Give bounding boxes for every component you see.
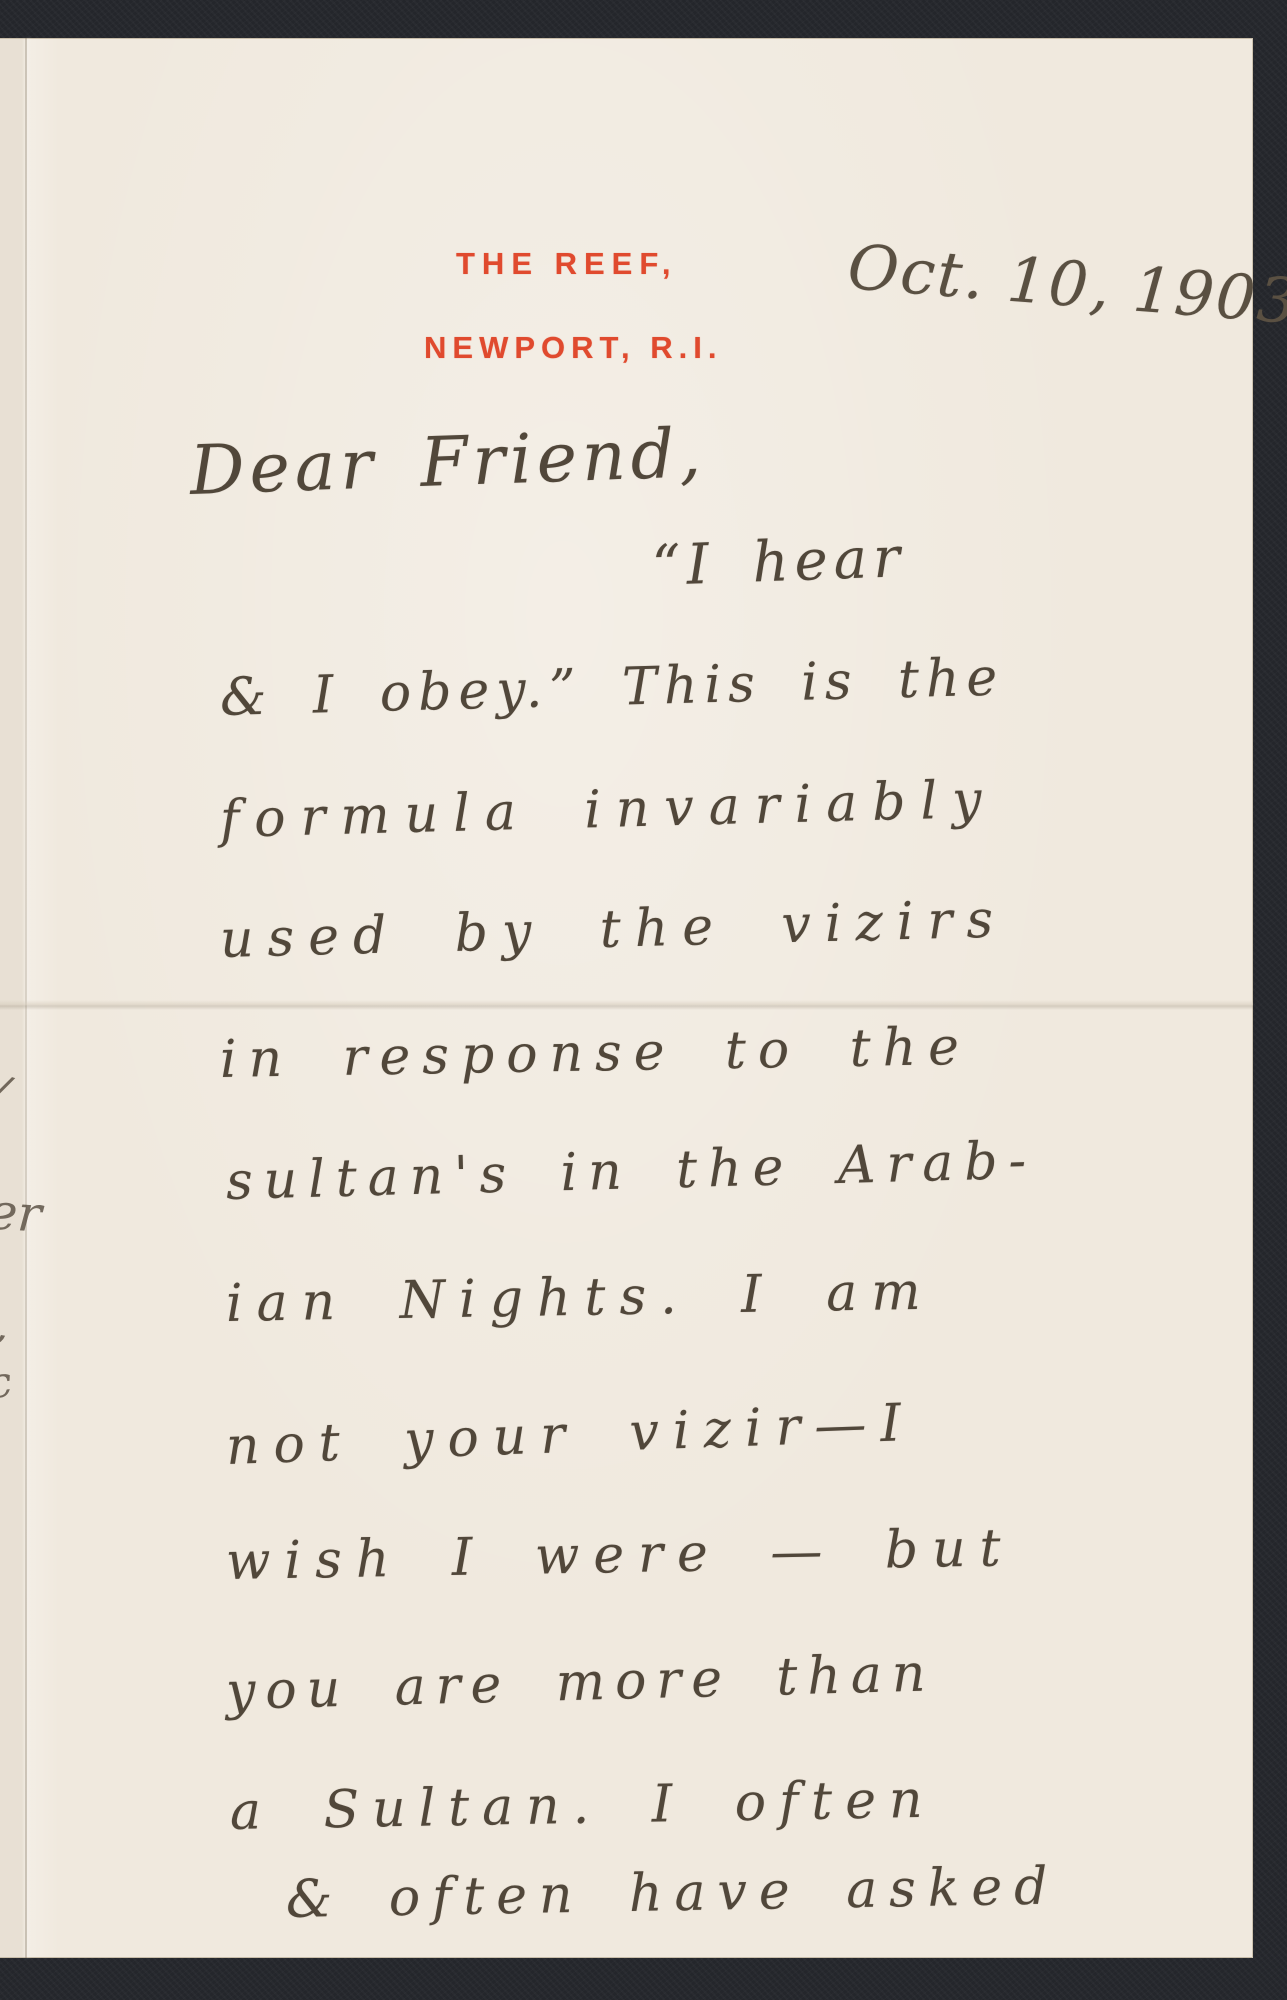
handwriting-line: a Sultan. I often	[229, 1770, 935, 1842]
letter-page: THE REEF, NEWPORT, R.I. Oct. 10, 1903 De…	[0, 38, 1253, 1958]
salutation: Dear Friend,	[189, 414, 707, 511]
horizontal-fold-crease	[0, 1000, 1253, 1010]
vertical-fold-crease	[25, 38, 27, 1958]
letterhead-line2: NEWPORT, R.I.	[424, 330, 722, 366]
handwriting-line: & I obey.” This is the	[219, 647, 1005, 728]
handwriting-line: formula invariably	[219, 770, 997, 850]
handwriting-line: used by the vizirs	[219, 889, 1008, 970]
handwriting-line: in response to the	[219, 1017, 971, 1090]
handwriting-line: you are more than	[225, 1643, 936, 1722]
handwriting-line: ian Nights. I am	[225, 1262, 935, 1334]
handwriting-line: “I hear	[651, 525, 907, 599]
letter-date: Oct. 10, 1903	[845, 230, 1287, 338]
handwriting-line: not your vizir—I	[225, 1393, 916, 1477]
handwriting-line: & often have asked	[285, 1857, 1059, 1930]
letterhead-line1: THE REEF,	[456, 246, 677, 282]
scan-background: THE REEF, NEWPORT, R.I. Oct. 10, 1903 De…	[0, 0, 1287, 2000]
handwriting-line: wish I were — but	[225, 1518, 1014, 1592]
ink-fragment: /	[0, 1065, 14, 1118]
handwriting-line: sultan's in the Arab-	[225, 1131, 1038, 1212]
ink-fragment: ,	[0, 1299, 14, 1352]
ink-fragment: er	[0, 1182, 43, 1244]
ink-fragment: c	[0, 1357, 15, 1409]
